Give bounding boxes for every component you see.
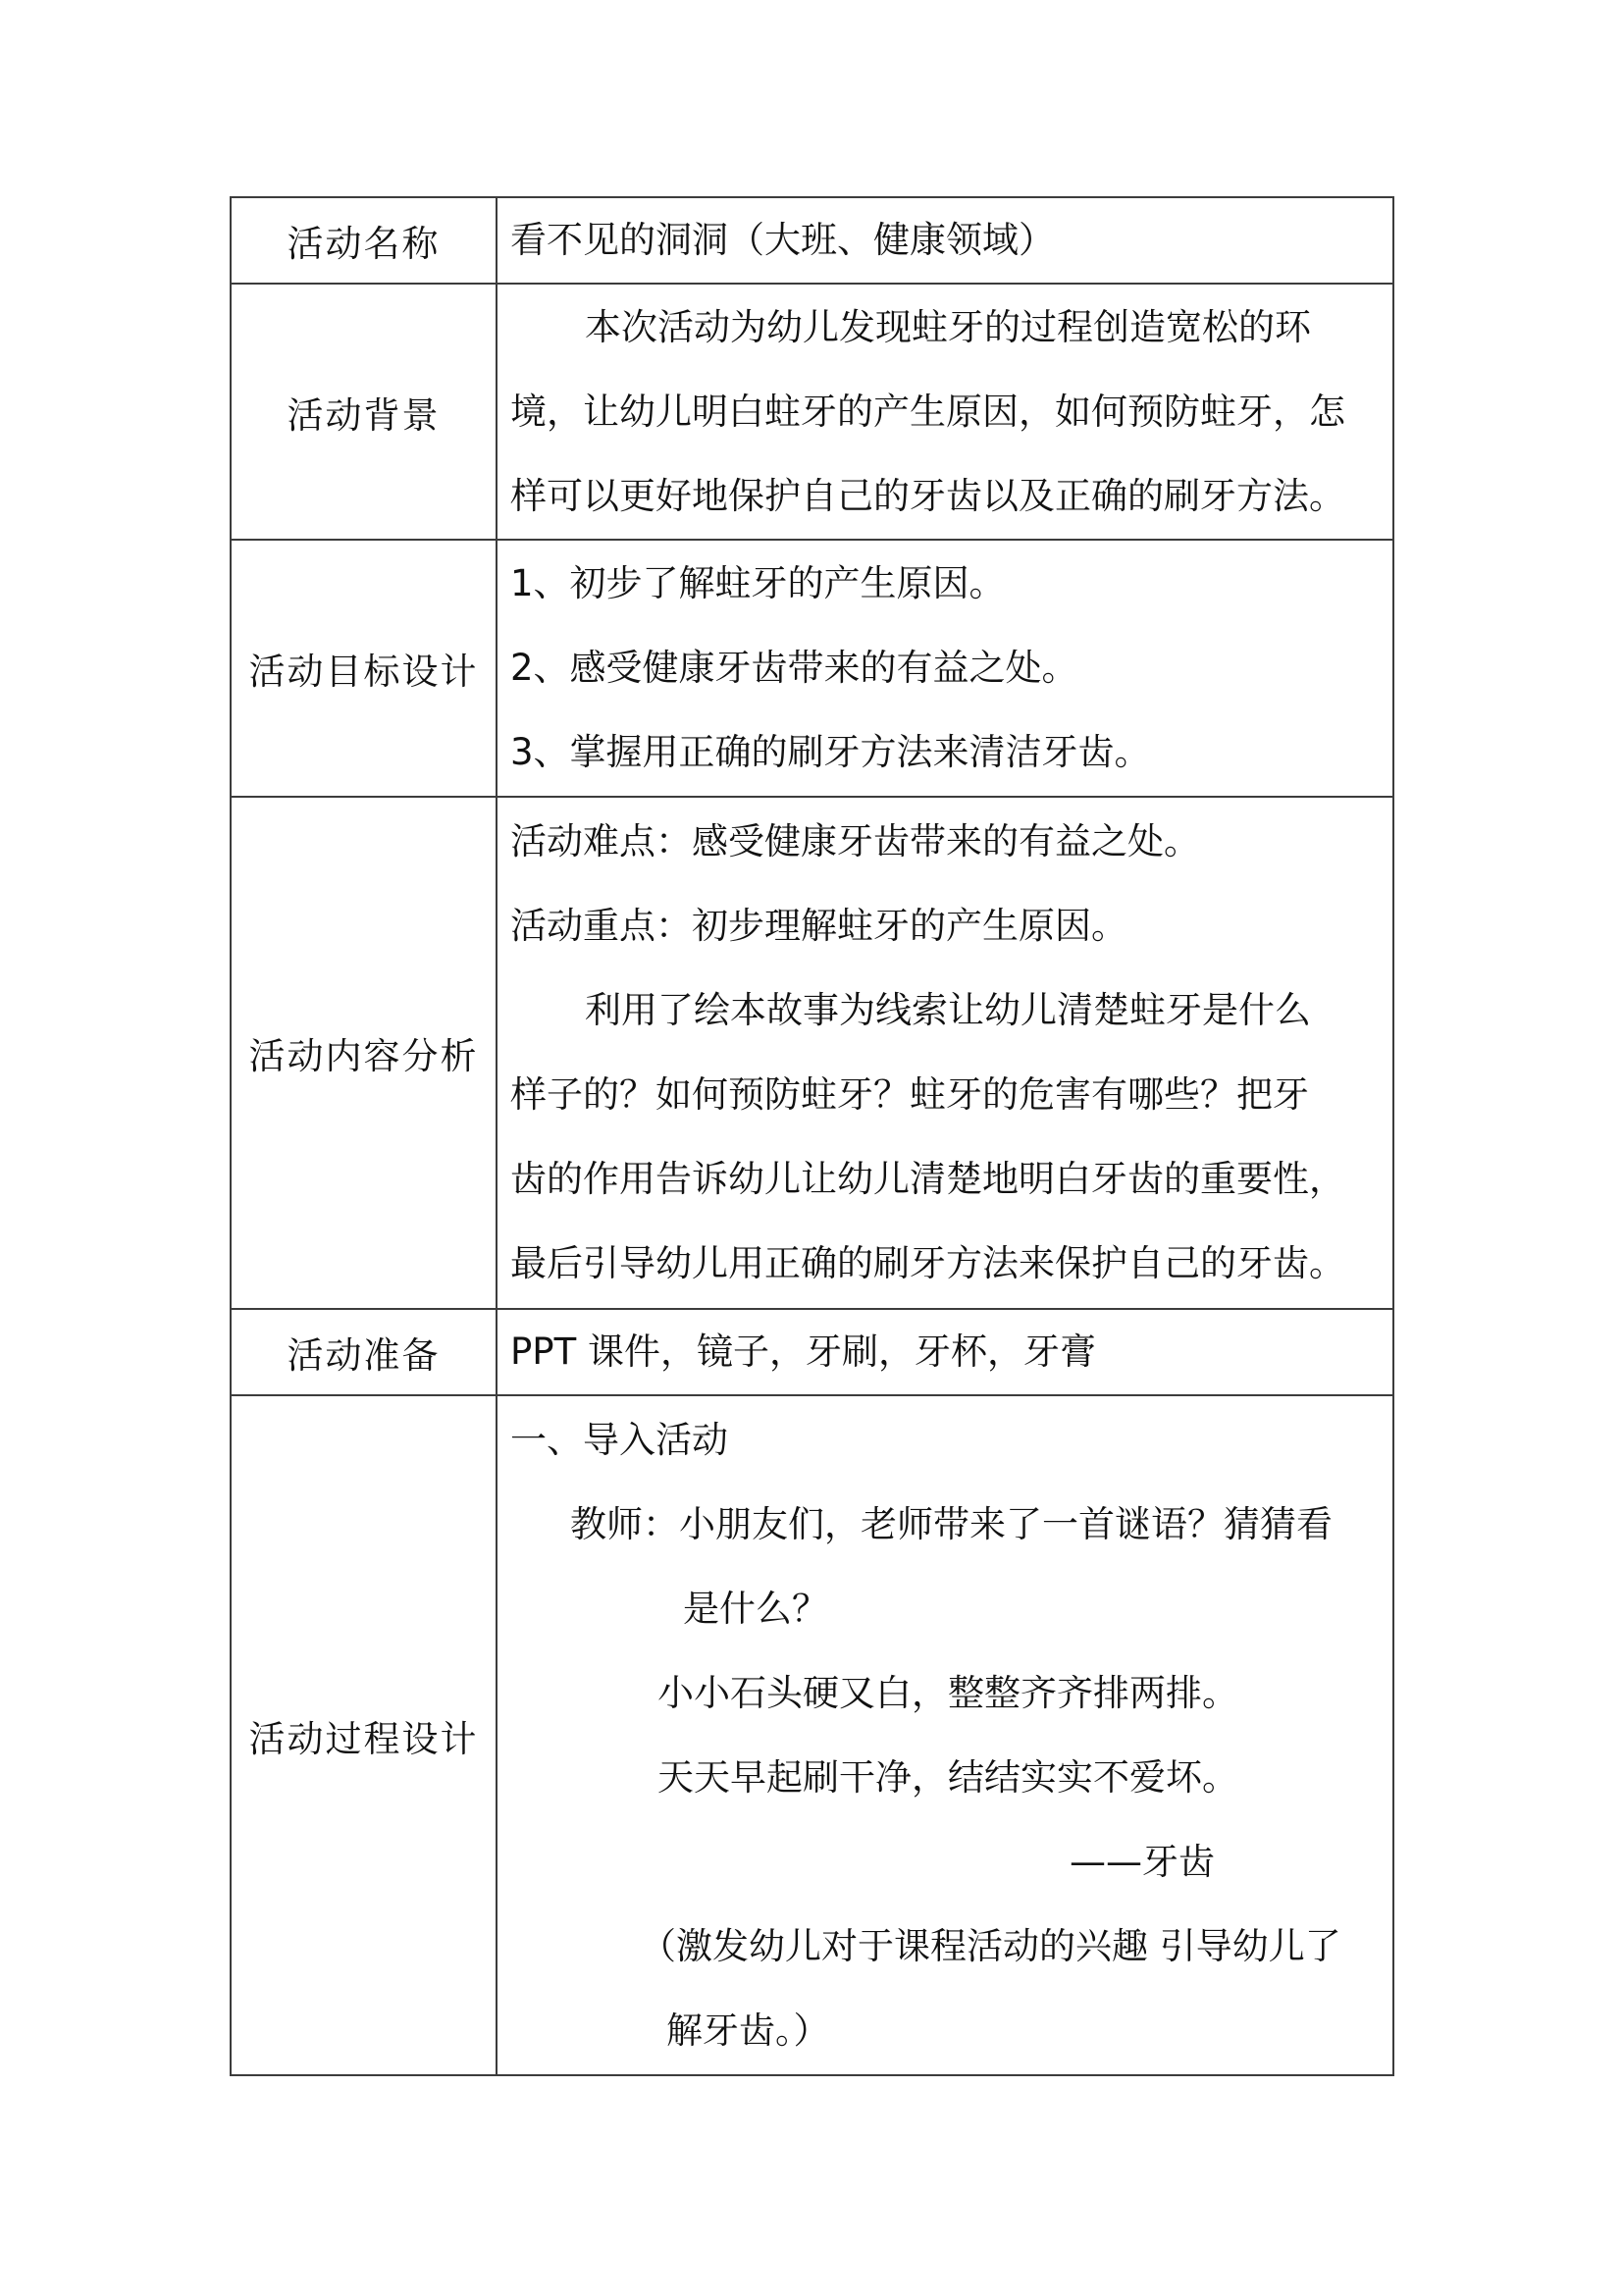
row-label-activity-content-analysis: 活动内容分析 [231,797,497,1309]
content-line: 3、掌握用正确的刷牙方法来清洁牙齿。 [510,710,1381,795]
row-content-activity-preparation: PPT 课件，镜子，牙刷，牙杯，牙膏 [497,1309,1393,1395]
table-row-activity-background: 活动背景 本次活动为幼儿发现蛀牙的过程创造宽松的环 境，让幼儿明白蛀牙的产生原因… [231,284,1393,540]
content-line: 样可以更好地保护自己的牙齿以及正确的刷牙方法。 [510,454,1381,539]
content-line: 境，让幼儿明白蛀牙的产生原因，如何预防蛀牙，怎 [510,370,1381,454]
row-label-activity-goals: 活动目标设计 [231,540,497,797]
content-line: 一、导入活动 [510,1398,1381,1483]
row-content-activity-process: 一、导入活动 教师：小朋友们，老师带来了一首谜语？猜猜看 是什么？ 小小石头硬又… [497,1395,1393,2075]
content-line: 样子的？如何预防蛀牙？蛀牙的危害有哪些？把牙 [510,1053,1381,1137]
content-line: 利用了绘本故事为线索让幼儿清楚蛀牙是什么 [510,968,1381,1053]
content-line: ——牙齿 [510,1820,1381,1905]
content-line: 教师：小朋友们，老师带来了一首谜语？猜猜看 [510,1483,1381,1567]
content-line: 1、初步了解蛀牙的产生原因。 [510,542,1381,626]
row-label-activity-process: 活动过程设计 [231,1395,497,2075]
content-line: 活动重点：初步理解蛀牙的产生原因。 [510,884,1381,968]
content-line: 天天早起刷干净，结结实实不爱坏。 [510,1736,1381,1820]
row-label-activity-name: 活动名称 [231,197,497,284]
table-row-activity-process: 活动过程设计 一、导入活动 教师：小朋友们，老师带来了一首谜语？猜猜看 是什么？… [231,1395,1393,2075]
content-line: 是什么？ [510,1567,1381,1651]
content-line: （激发幼儿对于课程活动的兴趣 引导幼儿了 [510,1905,1381,1989]
table-row-activity-preparation: 活动准备 PPT 课件，镜子，牙刷，牙杯，牙膏 [231,1309,1393,1395]
content-line: PPT 课件，镜子，牙刷，牙杯，牙膏 [510,1310,1381,1394]
lesson-plan-table: 活动名称 看不见的洞洞（大班、健康领域） 活动背景 本次活动为幼儿发现蛀牙的过程… [230,196,1394,2076]
row-content-activity-content-analysis: 活动难点：感受健康牙齿带来的有益之处。 活动重点：初步理解蛀牙的产生原因。 利用… [497,797,1393,1309]
row-content-activity-background: 本次活动为幼儿发现蛀牙的过程创造宽松的环 境，让幼儿明白蛀牙的产生原因，如何预防… [497,284,1393,540]
table-row-activity-content-analysis: 活动内容分析 活动难点：感受健康牙齿带来的有益之处。 活动重点：初步理解蛀牙的产… [231,797,1393,1309]
row-label-activity-background: 活动背景 [231,284,497,540]
content-line: 2、感受健康牙齿带来的有益之处。 [510,626,1381,710]
content-line: 活动难点：感受健康牙齿带来的有益之处。 [510,800,1381,884]
content-line: 最后引导幼儿用正确的刷牙方法来保护自己的牙齿。 [510,1222,1381,1306]
content-line: 小小石头硬又白，整整齐齐排两排。 [510,1651,1381,1736]
row-content-activity-name: 看不见的洞洞（大班、健康领域） [497,197,1393,284]
row-content-activity-goals: 1、初步了解蛀牙的产生原因。 2、感受健康牙齿带来的有益之处。 3、掌握用正确的… [497,540,1393,797]
row-label-activity-preparation: 活动准备 [231,1309,497,1395]
table-row-activity-name: 活动名称 看不见的洞洞（大班、健康领域） [231,197,1393,284]
table-row-activity-goals: 活动目标设计 1、初步了解蛀牙的产生原因。 2、感受健康牙齿带来的有益之处。 3… [231,540,1393,797]
content-line: 齿的作用告诉幼儿让幼儿清楚地明白牙齿的重要性， [510,1137,1381,1222]
content-line: 本次活动为幼儿发现蛀牙的过程创造宽松的环 [510,286,1381,370]
content-line: 看不见的洞洞（大班、健康领域） [510,198,1381,283]
content-line: 解牙齿。） [510,1989,1381,2073]
